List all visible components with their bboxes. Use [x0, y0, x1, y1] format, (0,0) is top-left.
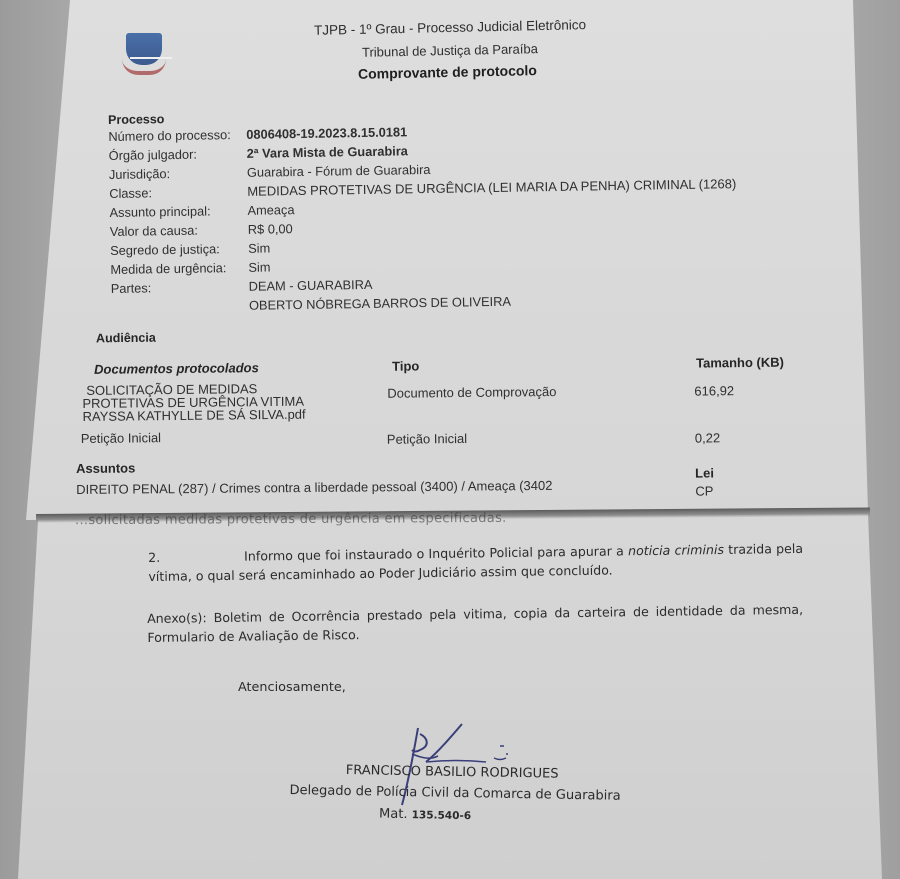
field-label [111, 296, 249, 317]
field-label: Jurisdição: [109, 163, 247, 184]
field-label: Medida de urgência: [110, 258, 248, 279]
document-size: 0,22 [695, 431, 720, 444]
judging-body: 2ª Vara Mista de Guarabira [247, 141, 408, 163]
field-label: Valor da causa: [110, 220, 248, 241]
field-label: Partes: [111, 277, 249, 298]
document-name-line: Petição Inicial [81, 431, 161, 445]
closing-salutation: Atenciosamente, [238, 680, 346, 695]
registration-number: Mat. 135.540-6 [379, 807, 471, 824]
document-name-line: RAYSSA KATHYLLE DE SÁ SILVA.pdf [83, 408, 306, 423]
section-title-audiencia: Audiência [96, 331, 156, 346]
paragraph-text: Informo que foi instaurado o Inquérito P… [244, 543, 628, 563]
court-coat-of-arms-icon [124, 33, 164, 73]
party-1: DEAM - GUARABIRA [249, 275, 373, 296]
secrecy-flag: Sim [248, 238, 270, 257]
law-value: CP [695, 483, 713, 498]
field-label: Assunto principal: [109, 201, 247, 222]
case-value: R$ 0,00 [248, 219, 293, 239]
registration-value: 135.540-6 [412, 809, 472, 822]
paragraph-number: 2. [148, 547, 244, 567]
column-header-tamanho: Tamanho (KB) [696, 355, 784, 371]
document-type: Documento de Comprovação [387, 385, 556, 400]
field-label: Classe: [109, 182, 247, 203]
column-header-tipo: Tipo [392, 358, 419, 373]
column-header-documento: Documentos protocolados [94, 360, 259, 377]
urgency-flag: Sim [248, 257, 270, 276]
document-type: Petição Inicial [387, 432, 467, 446]
field-label: Número do processo: [108, 125, 246, 146]
main-subject: Ameaça [247, 200, 294, 220]
obscured-text-line: ...solicitadas medidas protetivas de urg… [75, 511, 507, 528]
process-number: 0806408-19.2023.8.15.0181 [246, 122, 407, 144]
process-details: Processo Número do processo:0806408-19.2… [108, 103, 738, 317]
subjects-header: Assuntos [76, 460, 135, 476]
field-label: Segredo de justiça: [110, 239, 248, 260]
document-size: 616,92 [694, 384, 734, 397]
paragraph-italic-term: noticia criminis [628, 542, 724, 558]
registration-label: Mat. [379, 807, 408, 822]
field-label: Órgão julgador: [109, 144, 247, 165]
law-header: Lei [695, 465, 714, 480]
